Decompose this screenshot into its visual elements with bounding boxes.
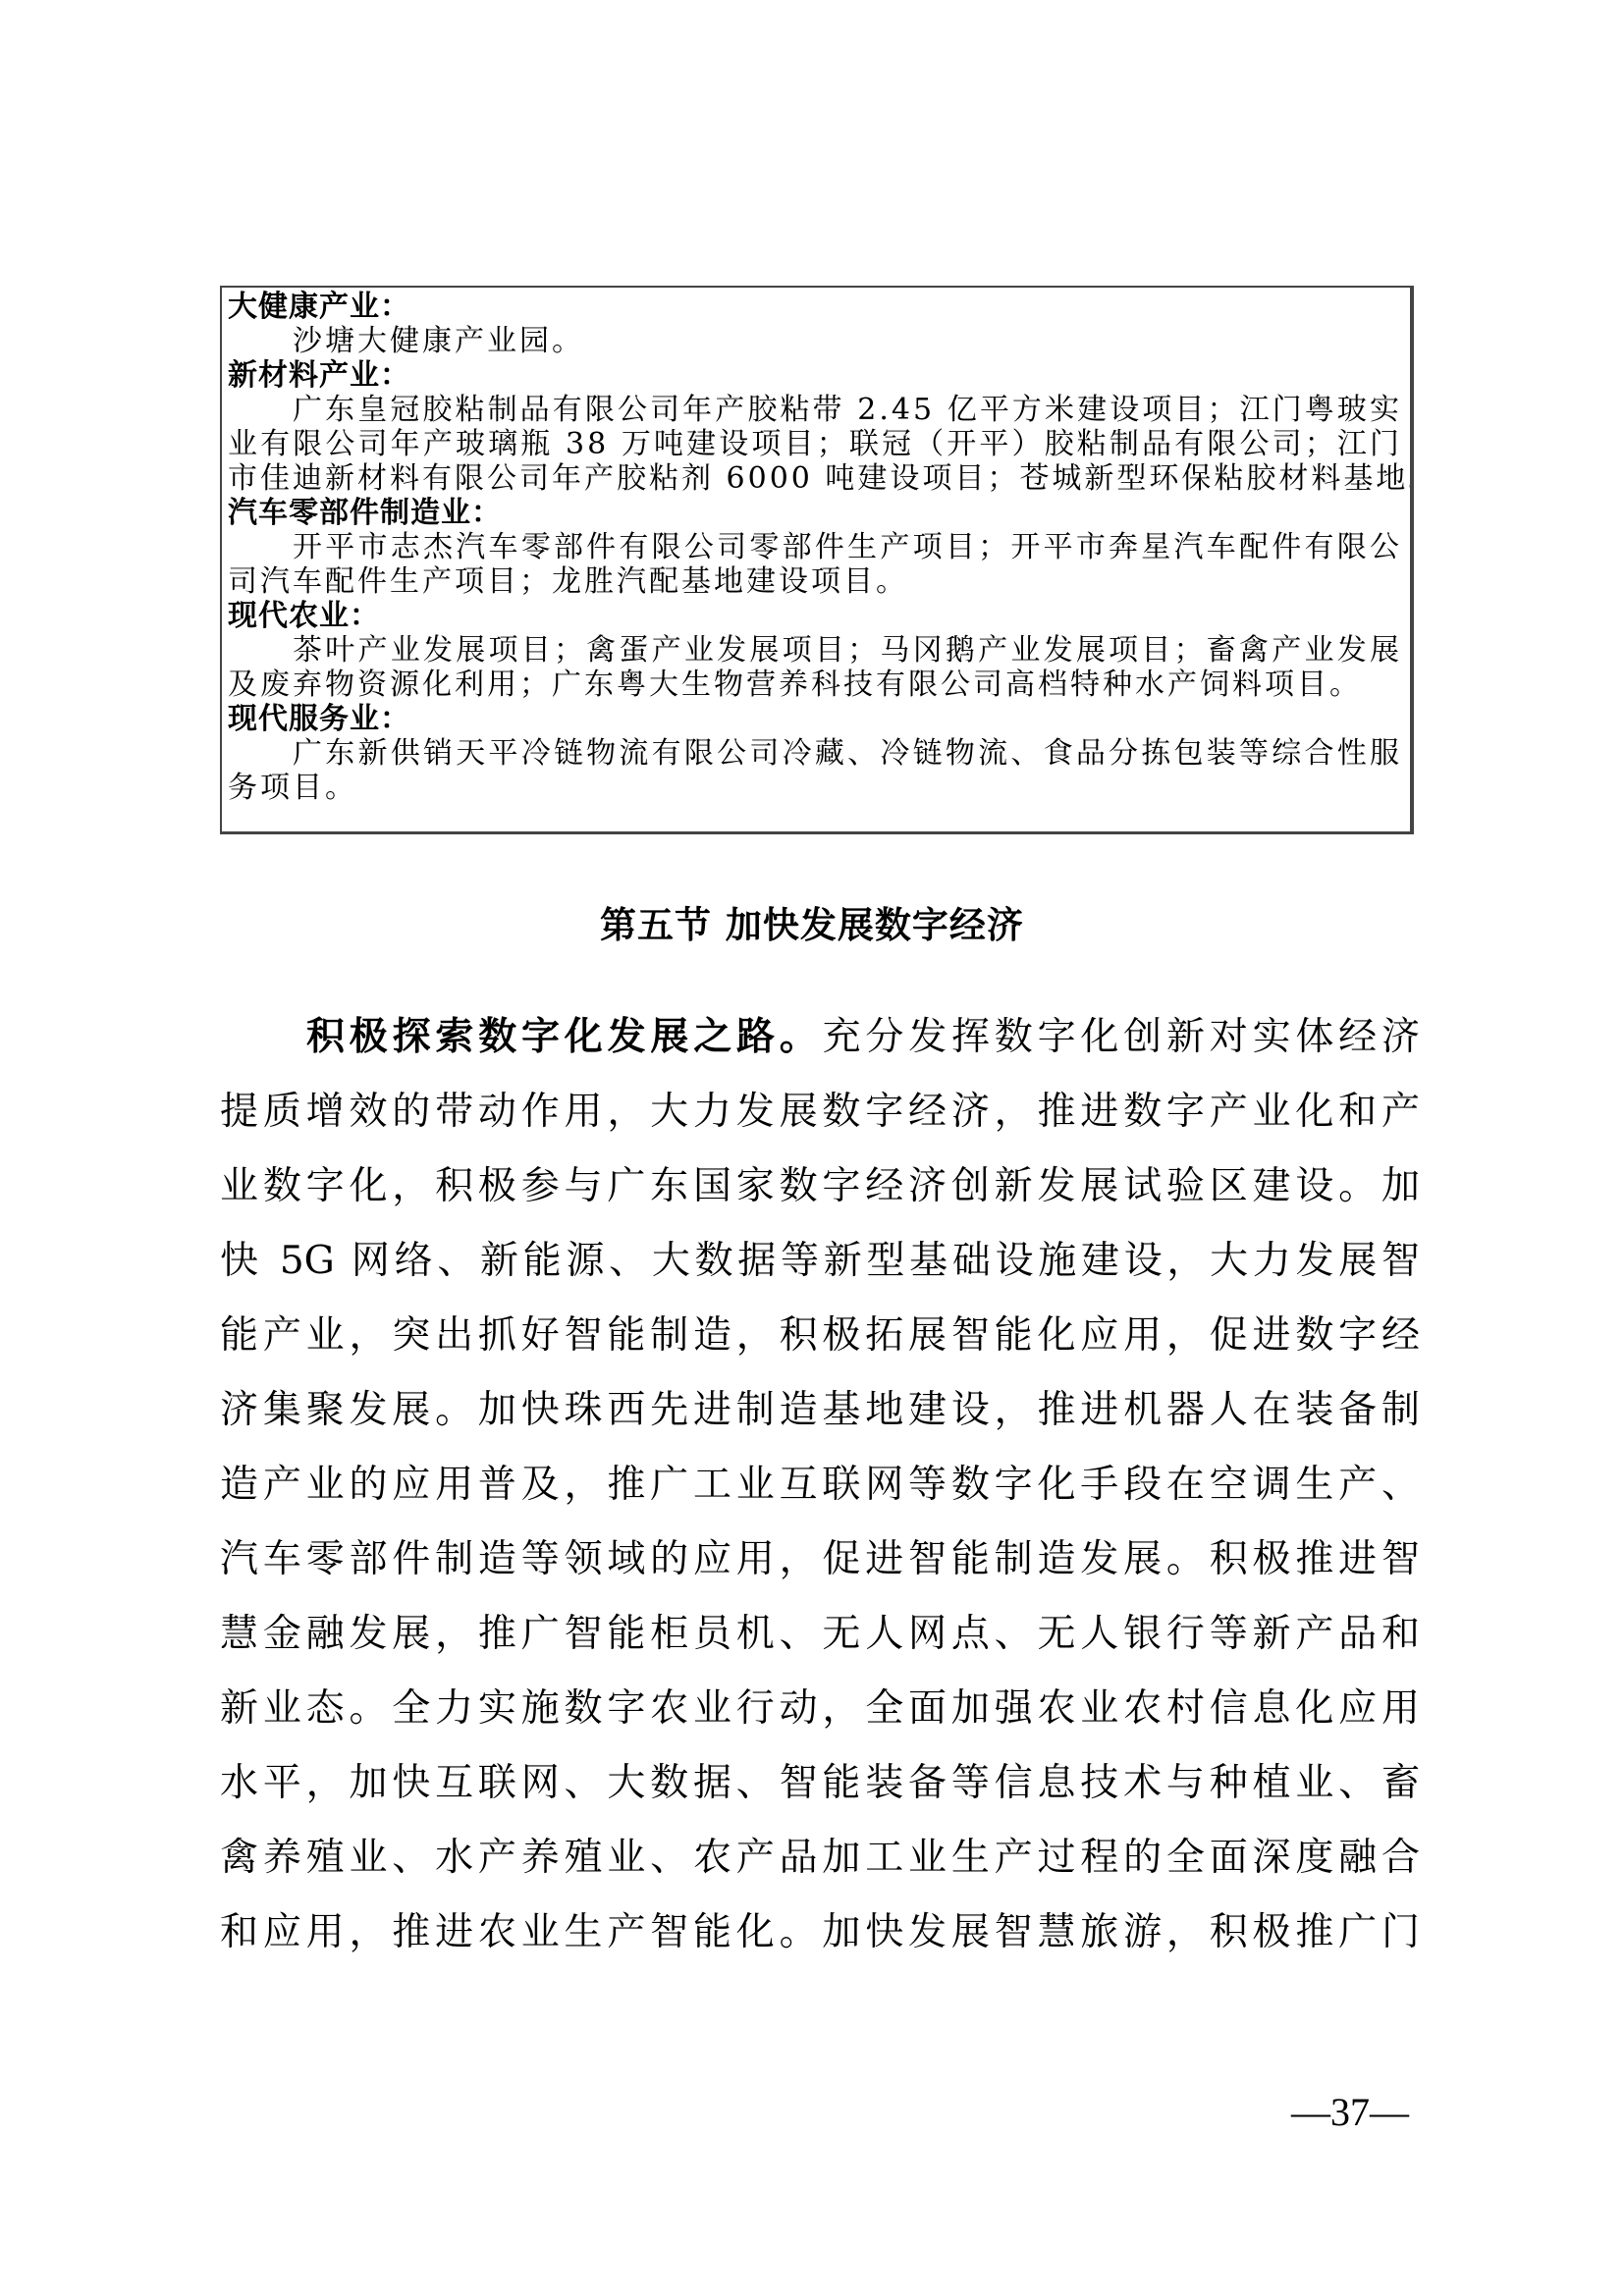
project-line: 及废弃物资源化利用；广东粤大生物营养科技有限公司高档特种水产饲料项目。 [222, 667, 1410, 702]
paragraph-line: 汽车零部件制造等领域的应用，促进智能制造发展。积极推进智 [220, 1522, 1420, 1597]
paragraph-line: 新业态。全力实施数字农业行动，全面加强农业农村信息化应用 [220, 1672, 1420, 1746]
lead-sentence: 积极探索数字化发展之路。 [306, 1015, 823, 1059]
project-line: 开平市志杰汽车零部件有限公司零部件生产项目；开平市奔星汽车配件有限公 [222, 530, 1410, 564]
project-line: 务项目。 [222, 771, 1410, 805]
project-line: 广东皇冠胶粘制品有限公司年产胶粘带 2.45 亿平方米建设项目；江门粤玻实 [222, 393, 1410, 427]
project-line: 业有限公司年产玻璃瓶 38 万吨建设项目；联冠（开平）胶粘制品有限公司；江门 [222, 427, 1410, 461]
paragraph-line: 禽养殖业、水产养殖业、农产品加工业生产过程的全面深度融合 [220, 1821, 1420, 1896]
section-heading: 大健康产业： [222, 290, 1410, 324]
paragraph-line: 造产业的应用普及，推广工业互联网等数字化手段在空调生产、 [220, 1448, 1420, 1522]
paragraph-line: 和应用，推进农业生产智能化。加快发展智慧旅游，积极推广门 [220, 1896, 1420, 1970]
project-line: 司汽车配件生产项目；龙胜汽配基地建设项目。 [222, 564, 1410, 599]
section-heading: 汽车零部件制造业： [222, 496, 1410, 530]
first-line-rest: 充分发挥数字化创新对实体经济 [823, 1015, 1420, 1059]
project-line: 广东新供销天平冷链物流有限公司冷藏、冷链物流、食品分拣包装等综合性服 [222, 736, 1410, 771]
paragraph-line: 业数字化，积极参与广东国家数字经济创新发展试验区建设。加 [220, 1149, 1420, 1224]
paragraph-line: 能产业，突出抓好智能制造，积极拓展智能化应用，促进数字经 [220, 1299, 1420, 1373]
project-line: 市佳迪新材料有限公司年产胶粘剂 6000 吨建设项目；苍城新型环保粘胶材料基地。 [222, 461, 1410, 496]
project-line: 茶叶产业发展项目；禽蛋产业发展项目；马冈鹅产业发展项目；畜禽产业发展 [222, 633, 1410, 667]
section-heading: 现代农业： [222, 599, 1410, 633]
body-paragraph: 积极探索数字化发展之路。充分发挥数字化创新对实体经济 提质增效的带动作用，大力发… [220, 1000, 1420, 1970]
section-heading: 现代服务业： [222, 702, 1410, 736]
paragraph-first-line: 积极探索数字化发展之路。充分发挥数字化创新对实体经济 [220, 1000, 1420, 1075]
section-title: 第五节 加快发展数字经济 [0, 901, 1624, 950]
project-line: 沙塘大健康产业园。 [222, 324, 1410, 358]
project-list-box: 大健康产业： 沙塘大健康产业园。 新材料产业： 广东皇冠胶粘制品有限公司年产胶粘… [220, 286, 1414, 834]
section-heading: 新材料产业： [222, 358, 1410, 393]
paragraph-line: 提质增效的带动作用，大力发展数字经济，推进数字产业化和产 [220, 1075, 1420, 1149]
paragraph-line: 济集聚发展。加快珠西先进制造基地建设，推进机器人在装备制 [220, 1373, 1420, 1448]
page-number: —37— [1291, 2089, 1409, 2136]
paragraph-line: 水平，加快互联网、大数据、智能装备等信息技术与种植业、畜 [220, 1746, 1420, 1821]
paragraph-line: 快 5G 网络、新能源、大数据等新型基础设施建设，大力发展智 [220, 1224, 1420, 1299]
paragraph-line: 慧金融发展，推广智能柜员机、无人网点、无人银行等新产品和 [220, 1597, 1420, 1672]
